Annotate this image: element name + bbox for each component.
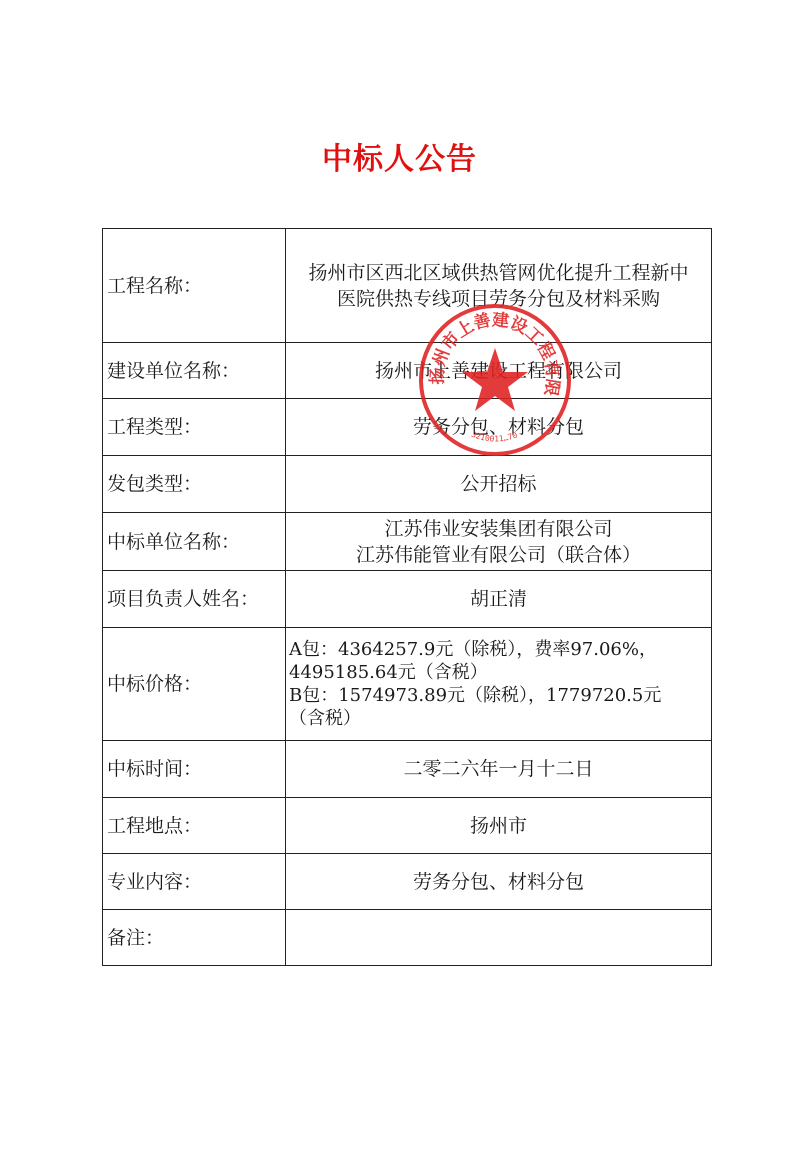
row-award-date: 中标时间： 二零二六年一月十二日 bbox=[103, 741, 712, 798]
label-specialty-content: 专业内容： bbox=[103, 854, 286, 910]
row-construction-unit: 建设单位名称： 扬州市上善建设工程有限公司 bbox=[103, 343, 712, 399]
award-notice-table: 工程名称： 扬州市区西北区域供热管网优化提升工程新中 医院供热专线项目劳务分包及… bbox=[102, 228, 712, 966]
value-project-location: 扬州市 bbox=[286, 798, 712, 854]
value-award-date: 二零二六年一月十二日 bbox=[286, 741, 712, 798]
value-contract-type: 公开招标 bbox=[286, 456, 712, 513]
value-winning-bidder: 江苏伟业安装集团有限公司 江苏伟能管业有限公司（联合体） bbox=[286, 513, 712, 571]
label-construction-unit: 建设单位名称： bbox=[103, 343, 286, 399]
label-project-name: 工程名称： bbox=[103, 229, 286, 343]
row-winning-bidder: 中标单位名称： 江苏伟业安装集团有限公司 江苏伟能管业有限公司（联合体） bbox=[103, 513, 712, 571]
value-line: 医院供热专线项目劳务分包及材料采购 bbox=[286, 286, 711, 312]
row-winning-price: 中标价格： A包：4364257.9元（除税），费率97.06%， 449518… bbox=[103, 628, 712, 741]
price-line: B包：1574973.89元（除税），1779720.5元 bbox=[289, 684, 711, 707]
label-project-type: 工程类型： bbox=[103, 399, 286, 456]
page-title: 中标人公告 bbox=[0, 140, 799, 180]
label-winning-bidder: 中标单位名称： bbox=[103, 513, 286, 571]
value-specialty-content: 劳务分包、材料分包 bbox=[286, 854, 712, 910]
label-winning-price: 中标价格： bbox=[103, 628, 286, 741]
price-line: 4495185.64元（含税） bbox=[289, 661, 711, 684]
value-project-manager: 胡正清 bbox=[286, 571, 712, 628]
value-winning-price: A包：4364257.9元（除税），费率97.06%， 4495185.64元（… bbox=[286, 628, 712, 741]
row-project-name: 工程名称： 扬州市区西北区域供热管网优化提升工程新中 医院供热专线项目劳务分包及… bbox=[103, 229, 712, 343]
row-project-type: 工程类型： 劳务分包、材料分包 bbox=[103, 399, 712, 456]
row-specialty-content: 专业内容： 劳务分包、材料分包 bbox=[103, 854, 712, 910]
label-remarks: 备注： bbox=[103, 910, 286, 966]
value-line: 江苏伟业安装集团有限公司 bbox=[286, 516, 711, 542]
label-project-location: 工程地点： bbox=[103, 798, 286, 854]
price-line: A包：4364257.9元（除税），费率97.06%， bbox=[289, 638, 711, 661]
value-remarks bbox=[286, 910, 712, 966]
value-line: 江苏伟能管业有限公司（联合体） bbox=[286, 542, 711, 568]
value-project-type: 劳务分包、材料分包 bbox=[286, 399, 712, 456]
price-line: （含税） bbox=[289, 707, 711, 730]
value-line: 扬州市区西北区域供热管网优化提升工程新中 bbox=[286, 260, 711, 286]
row-project-location: 工程地点： 扬州市 bbox=[103, 798, 712, 854]
row-project-manager: 项目负责人姓名： 胡正清 bbox=[103, 571, 712, 628]
value-project-name: 扬州市区西北区域供热管网优化提升工程新中 医院供热专线项目劳务分包及材料采购 bbox=[286, 229, 712, 343]
label-contract-type: 发包类型： bbox=[103, 456, 286, 513]
row-remarks: 备注： bbox=[103, 910, 712, 966]
label-project-manager: 项目负责人姓名： bbox=[103, 571, 286, 628]
row-contract-type: 发包类型： 公开招标 bbox=[103, 456, 712, 513]
label-award-date: 中标时间： bbox=[103, 741, 286, 798]
value-construction-unit: 扬州市上善建设工程有限公司 bbox=[286, 343, 712, 399]
